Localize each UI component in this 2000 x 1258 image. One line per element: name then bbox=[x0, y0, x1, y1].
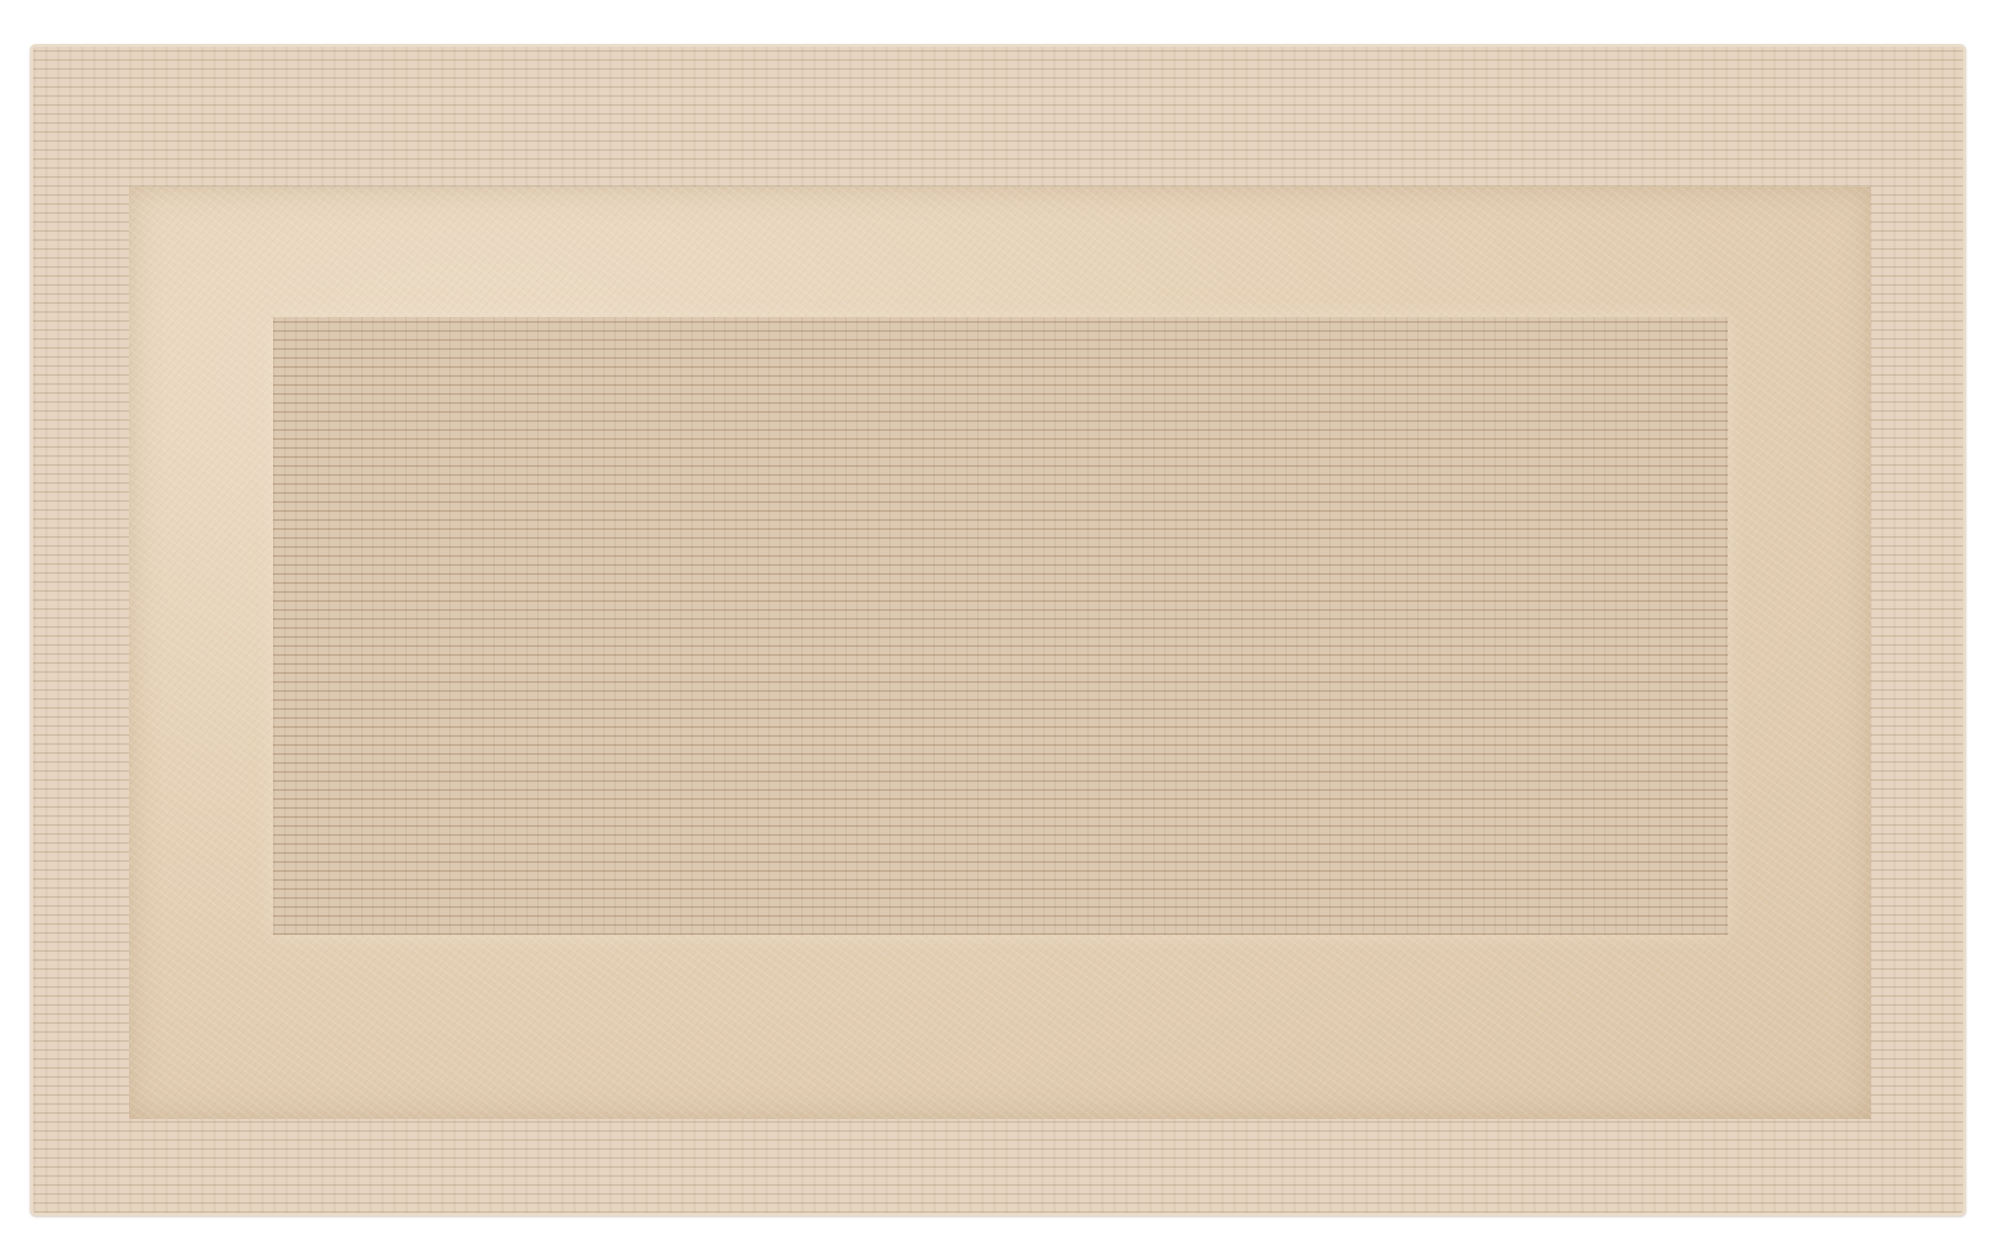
plush-pile-band bbox=[129, 187, 1871, 1119]
bath-mat bbox=[30, 44, 1966, 1216]
inner-loop-field bbox=[273, 317, 1728, 935]
